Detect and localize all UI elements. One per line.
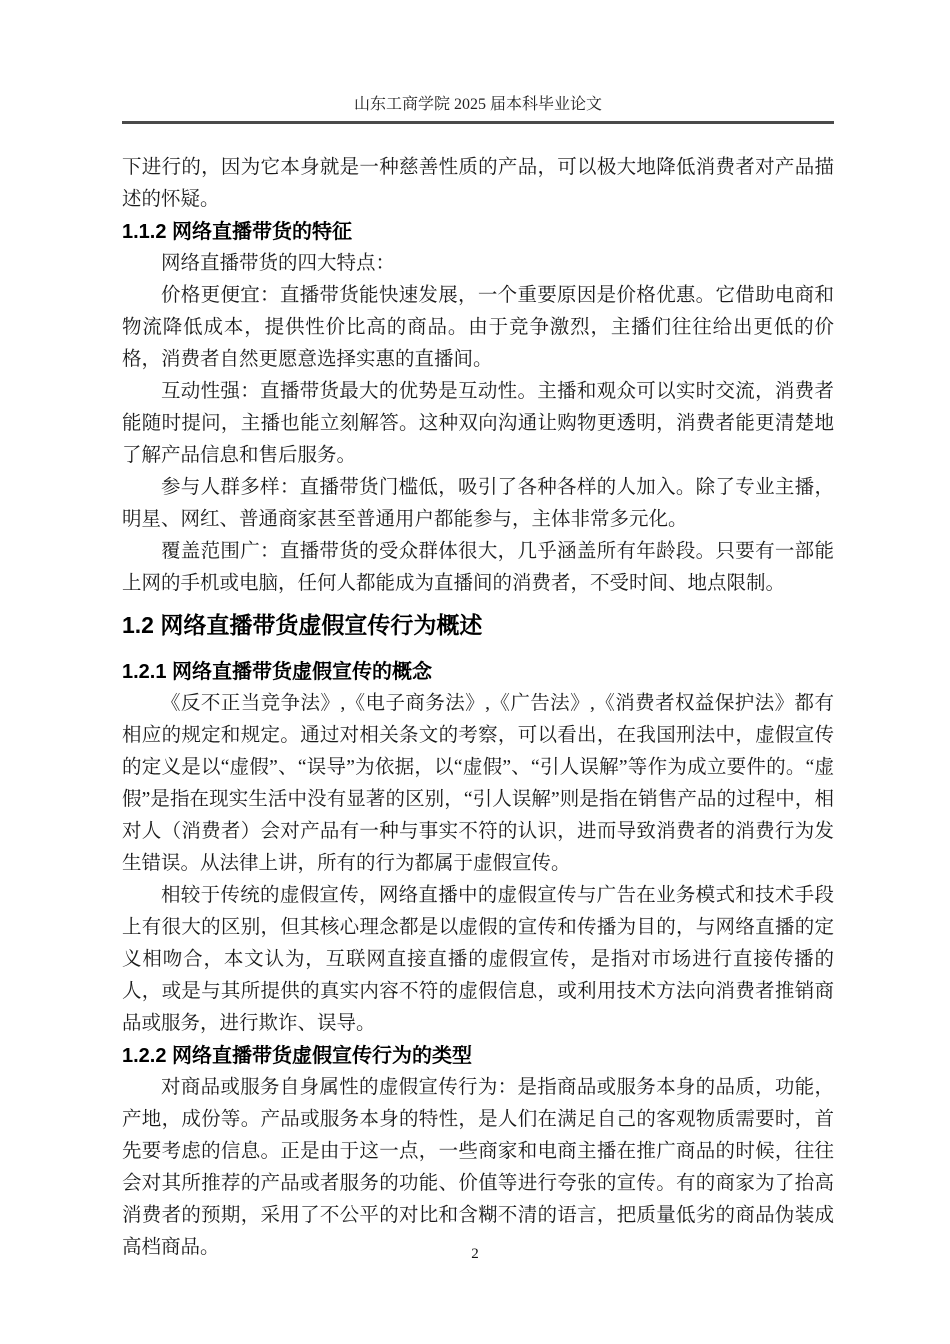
heading-1-2: 1.2 网络直播带货虚假宣传行为概述 — [122, 606, 834, 644]
paragraph-legal-definitions: 《反不正当竞争法》,《电子商务法》,《广告法》,《消费者权益保护法》都有相应的规… — [122, 688, 834, 880]
paragraph-type-product-attributes: 对商品或服务自身属性的虚假宣传行为：是指商品或服务本身的品质，功能，产地，成份等… — [122, 1072, 834, 1264]
paragraph-feature-interaction: 互动性强：直播带货最大的优势是互动性。主播和观众可以实时交流，消费者能随时提问，… — [122, 376, 834, 472]
paragraph-feature-price: 价格更便宜：直播带货能快速发展，一个重要原因是价格优惠。它借助电商和物流降低成本… — [122, 280, 834, 376]
paragraph-continuation: 下进行的，因为它本身就是一种慈善性质的产品，可以极大地降低消费者对产品描述的怀疑… — [122, 152, 834, 216]
heading-1-2-2: 1.2.2 网络直播带货虚假宣传行为的类型 — [122, 1040, 834, 1072]
paragraph-comparison-traditional: 相较于传统的虚假宣传，网络直播中的虚假宣传与广告在业务模式和技术手段上有很大的区… — [122, 880, 834, 1040]
document-body: 下进行的，因为它本身就是一种慈善性质的产品，可以极大地降低消费者对产品描述的怀疑… — [122, 152, 834, 1264]
document-page: 山东工商学院 2025 届本科毕业论文 下进行的，因为它本身就是一种慈善性质的产… — [0, 0, 950, 1344]
heading-1-2-1: 1.2.1 网络直播带货虚假宣传的概念 — [122, 656, 834, 688]
paragraph-feature-participants: 参与人群多样：直播带货门槛低，吸引了各种各样的人加入。除了专业主播，明星、网红、… — [122, 472, 834, 536]
page-number: 2 — [0, 1246, 950, 1263]
paragraph-feature-coverage: 覆盖范围广：直播带货的受众群体很大，几乎涵盖所有年龄段。只要有一部能上网的手机或… — [122, 536, 834, 600]
page-header-title: 山东工商学院 2025 届本科毕业论文 — [122, 96, 834, 114]
heading-1-1-2: 1.1.2 网络直播带货的特征 — [122, 216, 834, 248]
header-rule-divider — [122, 121, 834, 124]
paragraph-four-features-intro: 网络直播带货的四大特点： — [122, 248, 834, 280]
